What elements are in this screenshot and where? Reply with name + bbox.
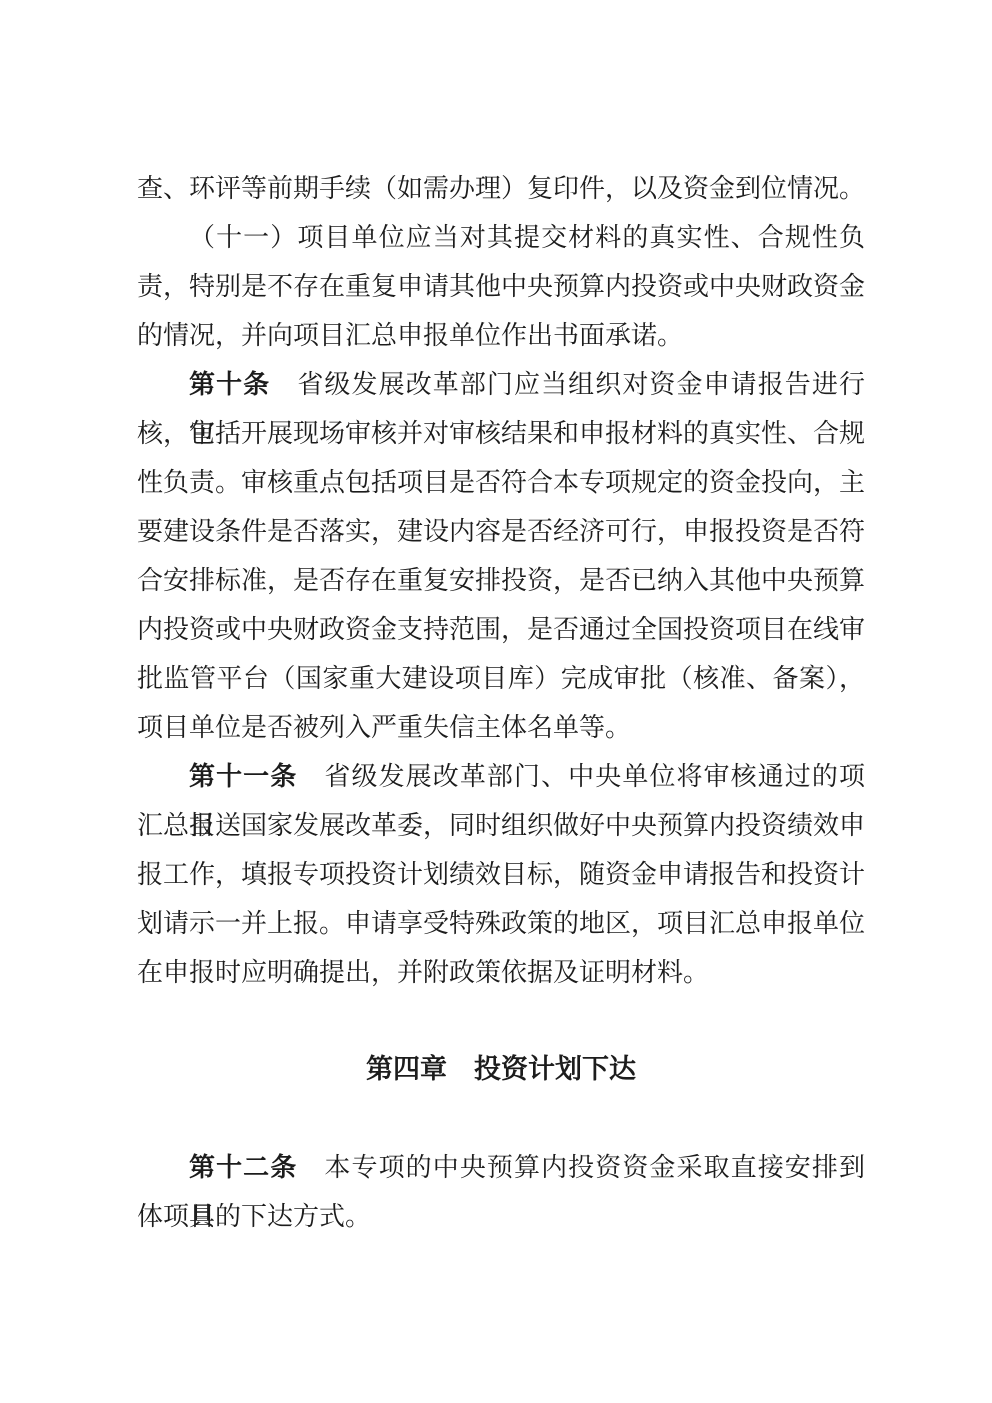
- document-line: 汇总报送国家发展改革委，同时组织做好中央预算内投资绩效申: [137, 801, 865, 850]
- article-number: 第十条: [189, 370, 270, 399]
- document-line: 项目单位是否被列入严重失信主体名单等。: [137, 703, 865, 752]
- document-line: 责，特别是不存在重复申请其他中央预算内投资或中央财政资金: [137, 262, 865, 311]
- article-number: 第十一条: [189, 762, 297, 791]
- document-line: 划请示一并上报。申请享受特殊政策的地区，项目汇总申报单位: [137, 899, 865, 948]
- document-line: 核，包括开展现场审核并对审核结果和申报材料的真实性、合规: [137, 409, 865, 458]
- document-text-block: 查、环评等前期手续（如需办理）复印件，以及资金到位情况。（十一）项目单位应当对其…: [137, 164, 865, 1241]
- document-line: 的情况，并向项目汇总申报单位作出书面承诺。: [137, 311, 865, 360]
- document-line: 第十条 省级发展改革部门应当组织对资金申请报告进行审: [137, 360, 865, 409]
- document-line: 第十一条 省级发展改革部门、中央单位将审核通过的项目: [137, 752, 865, 801]
- document-page: 查、环评等前期手续（如需办理）复印件，以及资金到位情况。（十一）项目单位应当对其…: [0, 0, 992, 1403]
- document-line: 性负责。审核重点包括项目是否符合本专项规定的资金投向，主: [137, 458, 865, 507]
- document-line: 要建设条件是否落实，建设内容是否经济可行，申报投资是否符: [137, 507, 865, 556]
- document-line: 查、环评等前期手续（如需办理）复印件，以及资金到位情况。: [137, 164, 865, 213]
- document-line: 内投资或中央财政资金支持范围，是否通过全国投资项目在线审: [137, 605, 865, 654]
- chapter-heading: 第四章 投资计划下达: [137, 1045, 865, 1094]
- document-line: 报工作，填报专项投资计划绩效目标，随资金申请报告和投资计: [137, 850, 865, 899]
- document-line: 在申报时应明确提出，并附政策依据及证明材料。: [137, 948, 865, 997]
- document-line: （十一）项目单位应当对其提交材料的真实性、合规性负: [137, 213, 865, 262]
- document-line: 批监管平台（国家重大建设项目库）完成审批（核准、备案），: [137, 654, 865, 703]
- document-line: 合安排标准，是否存在重复安排投资，是否已纳入其他中央预算: [137, 556, 865, 605]
- document-line: 体项目的下达方式。: [137, 1192, 865, 1241]
- document-line: 第十二条 本专项的中央预算内投资资金采取直接安排到具: [137, 1143, 865, 1192]
- article-number: 第十二条: [189, 1153, 297, 1182]
